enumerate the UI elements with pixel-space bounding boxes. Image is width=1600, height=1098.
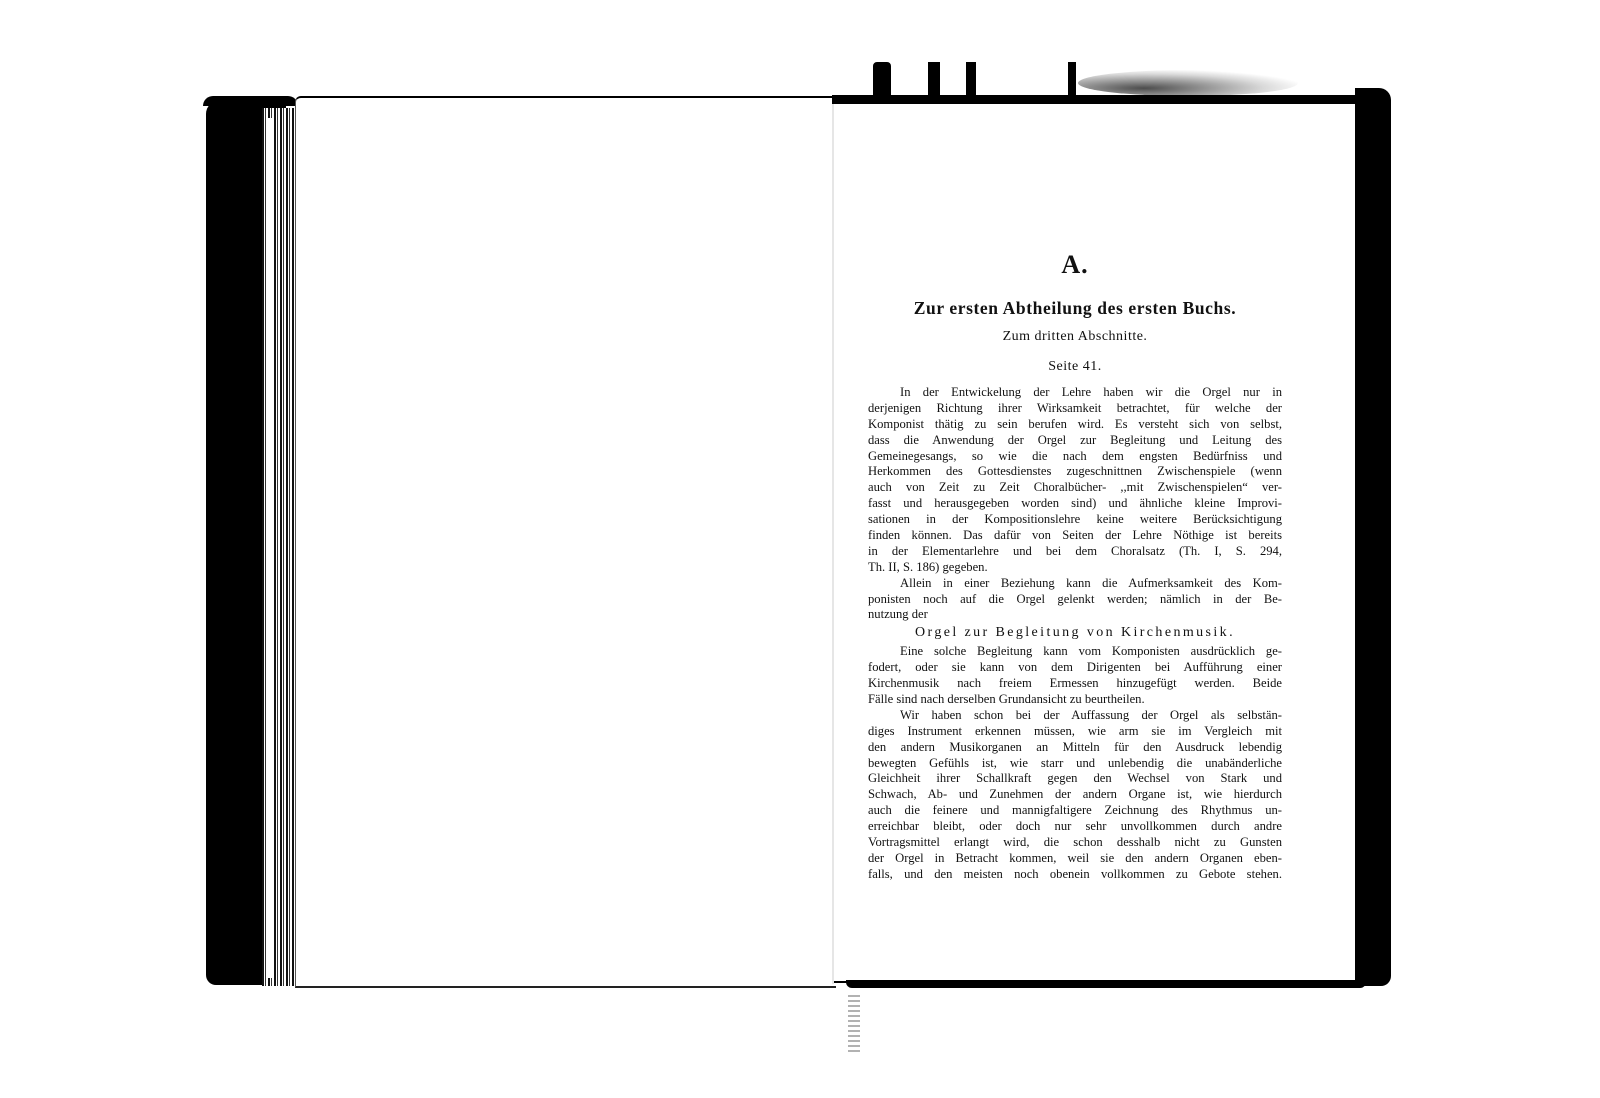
text-line: auch von Zeit zu Zeit Choralbücher- ,,mi… xyxy=(868,480,1282,496)
text-line: Allein in einer Beziehung kann die Aufme… xyxy=(868,576,1282,592)
left-page-blank xyxy=(295,96,836,988)
text-line: nutzung der xyxy=(868,607,1282,623)
paragraph-3: Eine solche Begleitung kann vom Komponis… xyxy=(868,644,1282,708)
book-scan: A. Zur ersten Abtheilung des ersten Buch… xyxy=(0,0,1600,1098)
text-line: Th. II, S. 186) gegeben. xyxy=(868,560,1282,576)
section-title: Zur ersten Abtheilung des ersten Buchs. xyxy=(868,298,1282,319)
text-line: der Orgel in Betracht kommen, weil sie d… xyxy=(868,851,1282,867)
scan-speckle xyxy=(848,992,860,1052)
text-line: In der Entwickelung der Lehre haben wir … xyxy=(868,385,1282,401)
text-line: ponisten noch auf die Orgel gelenkt werd… xyxy=(868,592,1282,608)
text-line: bewegten Gefühls ist, wie starr und unle… xyxy=(868,756,1282,772)
text-line: Gleichheit ihrer Schallkraft gegen den W… xyxy=(868,771,1282,787)
text-line: Gemeinegesangs, so wie die nach dem engs… xyxy=(868,449,1282,465)
text-line: den andern Musikorganen an Mitteln für d… xyxy=(868,740,1282,756)
text-line: fodert, oder sie kann von dem Dirigenten… xyxy=(868,660,1282,676)
text-line: derjenigen Richtung ihrer Wirksamkeit be… xyxy=(868,401,1282,417)
text-line: auch die feinere und mannigfaltigere Zei… xyxy=(868,803,1282,819)
scan-smudge xyxy=(1078,70,1298,96)
right-cover-top-edge xyxy=(832,95,1387,104)
right-page-text: A. Zur ersten Abtheilung des ersten Buch… xyxy=(868,250,1282,883)
text-line: Fälle sind nach derselben Grundansicht z… xyxy=(868,692,1282,708)
text-line: Kirchenmusik nach freiem Ermessen hinzug… xyxy=(868,676,1282,692)
text-line: finden können. Das dafür von Seiten der … xyxy=(868,528,1282,544)
text-line: erreichbar bleibt, oder doch nur sehr un… xyxy=(868,819,1282,835)
paragraph-2: Allein in einer Beziehung kann die Aufme… xyxy=(868,576,1282,624)
text-line: Schwach, Ab- und Zunehmen der andern Org… xyxy=(868,787,1282,803)
section-subtitle: Zum dritten Abschnitte. xyxy=(868,329,1282,345)
text-line: Wir haben schon bei der Auffassung der O… xyxy=(868,708,1282,724)
appendix-letter: A. xyxy=(868,250,1282,280)
text-line: fasst und herausgegeben worden sind) und… xyxy=(868,496,1282,512)
subsection-heading: Orgel zur Begleitung von Kirchenmusik. xyxy=(868,625,1282,641)
text-line: diges Instrument erkennen müssen, wie ar… xyxy=(868,724,1282,740)
paragraph-1: In der Entwickelung der Lehre haben wir … xyxy=(868,385,1282,576)
text-line: Komponist thätig zu sein berufen wird. E… xyxy=(868,417,1282,433)
text-line: in der Elementarlehre und bei dem Choral… xyxy=(868,544,1282,560)
text-line: falls, und den meisten noch obenein voll… xyxy=(868,867,1282,883)
text-line: dass die Anwendung der Orgel zur Begleit… xyxy=(868,433,1282,449)
text-line: Vortragsmittel erlangt wird, die schon d… xyxy=(868,835,1282,851)
text-line: Herkommen des Gottesdienstes zugeschnitt… xyxy=(868,464,1282,480)
right-cover-bottom-edge xyxy=(846,980,1366,988)
page-reference: Seite 41. xyxy=(868,359,1282,375)
text-line: sationen in der Kompositionslehre keine … xyxy=(868,512,1282,528)
paragraph-4: Wir haben schon bei der Auffassung der O… xyxy=(868,708,1282,883)
text-line: Eine solche Begleitung kann vom Komponis… xyxy=(868,644,1282,660)
right-book-cover xyxy=(1355,88,1391,986)
page-edge-highlight xyxy=(268,118,274,978)
